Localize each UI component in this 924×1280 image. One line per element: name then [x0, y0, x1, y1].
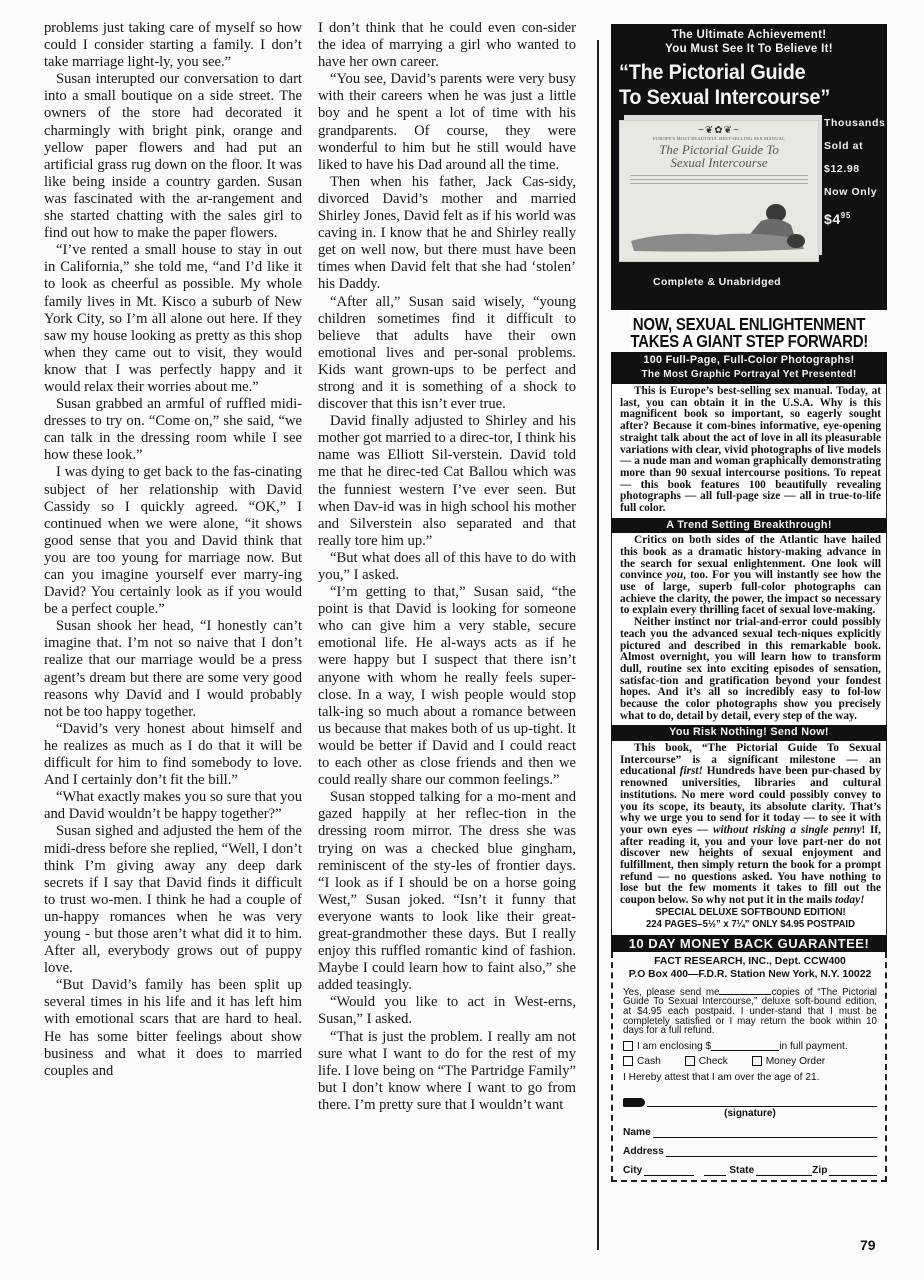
book-cover-blurb: EUROPE'S MOST BEAUTIFUL BEST-SELLING SEX… — [620, 136, 818, 141]
article-paragraph: I don’t think that he could even con-sid… — [318, 20, 576, 71]
cash-checkbox[interactable] — [623, 1056, 633, 1066]
article-paragraph: “What exactly makes you so sure that you… — [44, 789, 302, 823]
book-cover-title: The Pictorial Guide To Sexual Intercours… — [620, 143, 818, 169]
emphasis: today! — [835, 894, 865, 906]
name-label: Name — [623, 1127, 651, 1138]
company-name: FACT RESEARCH, INC., Dept. CCW400 — [623, 955, 877, 968]
article-paragraph: Then when his father, Jack Cas-sidy, div… — [318, 174, 576, 294]
ad-paragraph: This is Europe’s best-selling sex manual… — [620, 386, 881, 515]
new-price-cents: 95 — [841, 211, 851, 220]
payment-option-cash[interactable]: Cash — [623, 1056, 661, 1067]
page-number: 79 — [860, 1237, 876, 1253]
ad-title-line: To Sexual Intercourse” — [619, 85, 860, 110]
pointing-hand-icon — [623, 1098, 645, 1107]
article-paragraph: “You see, David’s parents were very busy… — [318, 71, 576, 174]
banner-line: 100 Full-Page, Full-Color Photographs! — [611, 354, 887, 368]
check-checkbox[interactable] — [685, 1056, 695, 1066]
ad-headline-line: TAKES A GIANT STEP FORWARD! — [630, 333, 867, 350]
edition-info: SPECIAL DELUXE SOFTBOUND EDITION! 224 PA… — [630, 907, 870, 932]
ad-kicker-line: The Ultimate Achievement! — [617, 28, 881, 42]
signature-label: (signature) — [623, 1108, 877, 1119]
ad-paragraph: Critics on both sides of the Atlantic ha… — [620, 535, 881, 617]
zip-label: Zip — [812, 1165, 827, 1176]
ad-header: The Ultimate Achievement! You Must See I… — [611, 24, 887, 310]
banner-line: The Most Graphic Portrayal Yet Presented… — [611, 368, 887, 382]
name-row: Name — [623, 1127, 877, 1138]
hero-caption: Complete & Unabridged — [617, 276, 817, 288]
article-paragraph: Susan interupted our conversation to dar… — [44, 71, 302, 242]
state-field[interactable] — [756, 1166, 812, 1176]
order-terms: Yes, please send mecopies of “The Pictor… — [623, 985, 877, 1036]
price-stack: Thousands Sold at $12.98 Now Only $495 — [824, 112, 892, 231]
ad-kicker-line: You Must See It To Believe It! — [617, 42, 881, 56]
ad-banner-breakthrough: A Trend Setting Breakthrough! — [611, 518, 887, 534]
amount-field[interactable] — [711, 1041, 779, 1051]
copies-field[interactable] — [719, 985, 771, 995]
edition-line: SPECIAL DELUXE SOFTBOUND EDITION! — [630, 907, 870, 920]
age-attestation: I Hereby attest that I am over the age o… — [623, 1071, 877, 1084]
payment-option-money-order[interactable]: Money Order — [752, 1056, 825, 1067]
address-label: Address — [623, 1146, 664, 1157]
edition-line: 224 PAGES–5½” x 7¼” ONLY $4.95 POSTPAID — [630, 919, 870, 932]
signature-field[interactable] — [647, 1106, 877, 1107]
payment-option-label: Check — [699, 1056, 728, 1067]
emphasis: you — [666, 569, 683, 581]
ad-body-section-3: This book, “The Pictorial Guide To Sexua… — [611, 741, 887, 935]
enclosing-label: in full payment. — [779, 1040, 848, 1053]
ad-body-section-1: This is Europe’s best-selling sex manual… — [611, 384, 887, 518]
ad-banner-send-now: You Risk Nothing! Send Now! — [611, 725, 887, 741]
article-paragraph: “That is just the problem. I really am n… — [318, 1029, 576, 1114]
company-address: P.O Box 400—F.D.R. Station New York, N.Y… — [623, 968, 877, 981]
article-paragraph: problems just taking care of myself so h… — [44, 20, 302, 71]
price-text: Now Only — [824, 181, 892, 204]
reclining-figures-photo — [626, 201, 812, 253]
city-state-zip-row: City State Zip — [623, 1165, 877, 1176]
price-text: Sold at — [824, 135, 892, 158]
article-paragraph: “After all,” Susan said wisely, “young c… — [318, 294, 576, 414]
zip-field[interactable] — [829, 1166, 877, 1176]
signature-row — [623, 1098, 877, 1107]
new-price-dollars: $4 — [824, 211, 841, 227]
article-paragraph: “I’ve rented a small house to stay in ou… — [44, 242, 302, 396]
payment-option-check[interactable]: Check — [685, 1056, 728, 1067]
article-paragraph: David finally adjusted to Shirley and hi… — [318, 413, 576, 550]
ad-body-section-2: Critics on both sides of the Atlantic ha… — [611, 533, 887, 725]
ornament-icon: ~❦✿❦~ — [620, 125, 818, 136]
order-coupon[interactable]: FACT RESEARCH, INC., Dept. CCW400 P.O Bo… — [611, 952, 887, 1182]
article-paragraph: “Would you like to act in West-erns, Sus… — [318, 994, 576, 1028]
article-paragraph: I was dying to get back to the fas-cinat… — [44, 464, 302, 618]
article-column-2: I don’t think that he could even con-sid… — [318, 20, 576, 1114]
ad-banner-photographs: 100 Full-Page, Full-Color Photographs! T… — [611, 352, 887, 384]
article-paragraph: Susan grabbed an armful of ruffled midi-… — [44, 396, 302, 464]
payment-amount-row: I am enclosing $in full payment. — [623, 1040, 877, 1053]
article-paragraph: “But what does all of this have to do wi… — [318, 550, 576, 584]
article-paragraph: “But David’s family has been split up se… — [44, 977, 302, 1080]
article-column-1: problems just taking care of myself so h… — [44, 20, 302, 1080]
payment-options: Cash Check Money Order — [623, 1056, 877, 1067]
address-field[interactable] — [666, 1147, 877, 1157]
money-back-guarantee-banner: 10 DAY MONEY BACK GUARANTEE! — [611, 935, 887, 952]
money-order-checkbox[interactable] — [752, 1056, 762, 1066]
city-field[interactable] — [644, 1166, 694, 1176]
article-paragraph: “I’m getting to that,” Susan said, “the … — [318, 584, 576, 789]
payment-option-label: Money Order — [766, 1056, 825, 1067]
enclosing-label: I am enclosing $ — [637, 1040, 711, 1053]
price-text: Thousands — [824, 112, 892, 135]
ad-title-line: “The Pictorial Guide — [619, 60, 860, 85]
old-price: $12.98 — [824, 158, 892, 181]
book-cover-title-line: Sexual Intercourse — [620, 156, 818, 169]
article-paragraph: Susan stopped talking for a mo-ment and … — [318, 789, 576, 994]
ad-headline: NOW, SEXUAL ENLIGHTENMENT TAKES A GIANT … — [630, 310, 867, 352]
article-paragraph: “David’s very honest about himself and h… — [44, 721, 302, 789]
city-field-extra[interactable] — [704, 1166, 726, 1176]
article-paragraph: Susan shook her head, “I honestly can’t … — [44, 618, 302, 721]
payment-option-label: Cash — [637, 1056, 661, 1067]
new-price: $495 — [824, 204, 892, 231]
article-paragraph: Susan sighed and adjusted the hem of the… — [44, 823, 302, 977]
column-divider — [597, 40, 599, 1250]
ad-hero: ~❦✿❦~ EUROPE'S MOST BEAUTIFUL BEST-SELLI… — [617, 112, 881, 304]
ad-paragraph: Neither instinct nor trial-and-error cou… — [620, 617, 881, 722]
emphasis: first! — [680, 765, 703, 777]
state-label: State — [729, 1165, 754, 1176]
enclosing-checkbox[interactable] — [623, 1041, 633, 1051]
address-row: Address — [623, 1146, 877, 1157]
ad-title: “The Pictorial Guide To Sexual Intercour… — [619, 60, 860, 110]
ad-kicker: The Ultimate Achievement! You Must See I… — [617, 28, 881, 56]
city-label: City — [623, 1165, 642, 1176]
name-field[interactable] — [653, 1128, 877, 1138]
advertisement: The Ultimate Achievement! You Must See I… — [611, 24, 887, 1182]
ad-paragraph: This book, “The Pictorial Guide To Sexua… — [620, 743, 881, 907]
emphasis: without risking a single penny — [713, 824, 861, 836]
book-cover-image: ~❦✿❦~ EUROPE'S MOST BEAUTIFUL BEST-SELLI… — [619, 120, 819, 262]
book-cover-text-lines — [630, 175, 808, 184]
